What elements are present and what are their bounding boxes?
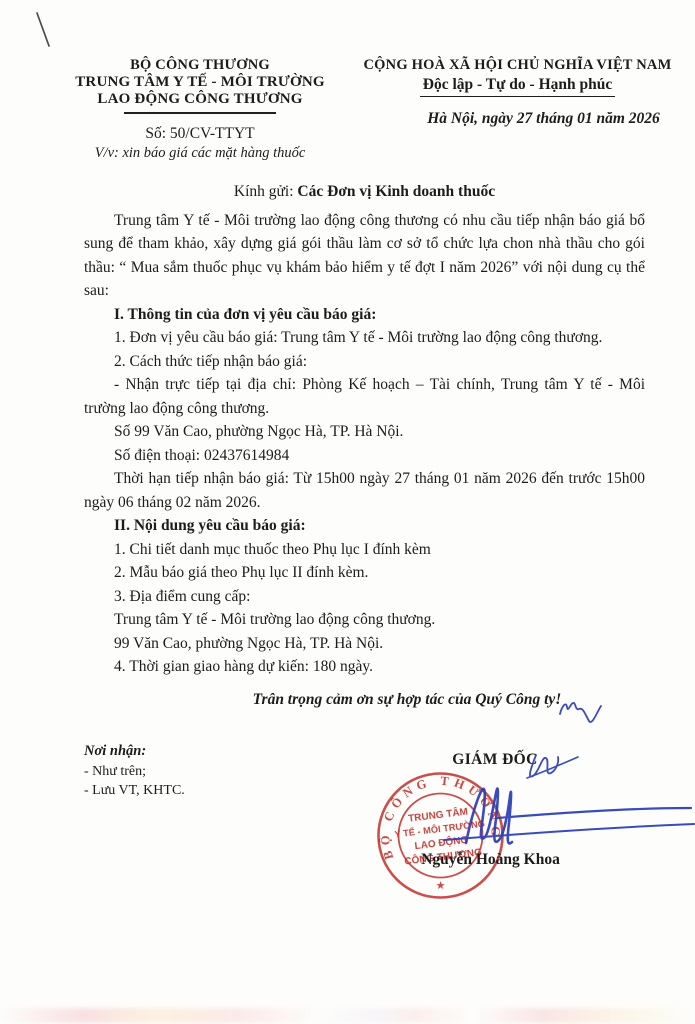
supply-location-line2: 99 Văn Cao, phường Ngọc Hà, TP. Hà Nội. (84, 632, 645, 656)
document-page: BỘ CÔNG THƯƠNG TRUNG TÂM Y TẾ - MÔI TRƯỜ… (0, 0, 695, 1024)
issuer-header: BỘ CÔNG THƯƠNG TRUNG TÂM Y TẾ - MÔI TRƯỜ… (55, 57, 345, 162)
document-body: Kính gửi: Các Đơn vị Kinh doanh thuốc Tr… (84, 180, 645, 711)
salutation-prefix: Kính gửi: (234, 183, 298, 200)
section-1-item-2: 2. Cách thức tiếp nhận báo giá: (84, 350, 645, 374)
section-2-item-4: 4. Thời gian giao hàng dự kiến: 180 ngày… (84, 655, 645, 679)
signature-flourish-upper (497, 808, 691, 818)
salutation: Kính gửi: Các Đơn vị Kinh doanh thuốc (84, 180, 645, 204)
recipients-line-1: - Như trên; (84, 762, 185, 782)
section-2-item-1: 1. Chi tiết danh mục thuốc theo Phụ lục … (84, 538, 645, 562)
page-bottom-bleed-through (0, 1008, 695, 1023)
recipients-block: Nơi nhận: - Như trên; - Lưu VT, KHTC. (84, 742, 185, 801)
section-2-heading: II. Nội dung yêu cầu báo giá: (84, 514, 645, 538)
supply-location-line1: Trung tâm Y tế - Môi trường lao động côn… (84, 608, 645, 632)
org-name-line1: TRUNG TÂM Y TẾ - MÔI TRƯỜNG (55, 74, 345, 91)
stamp-star: ★ (436, 880, 446, 892)
parent-org-name: BỘ CÔNG THƯƠNG (55, 57, 345, 74)
org-name-line2: LAO ĐỘNG CÔNG THƯƠNG (55, 91, 345, 108)
section-2-item-2: 2. Mẫu báo giá theo Phụ lục II đính kèm. (84, 561, 645, 585)
official-stamp-seal: BỘ CÔNG THƯƠNG ★ TRUNG TÂM Y TẾ - MÔI TR… (368, 763, 513, 908)
closing-line: Trân trọng cảm ơn sự hợp tác của Quý Côn… (84, 688, 645, 712)
date-line: Hà Nội, ngày 27 tháng 01 năm 2026 (350, 110, 685, 128)
national-motto: Độc lập - Tự do - Hạnh phúc (420, 75, 615, 97)
national-header: CỘNG HOÀ XÃ HỘI CHỦ NGHĨA VIỆT NAM Độc l… (350, 57, 685, 128)
document-subject: V/v: xin báo giá các mặt hàng thuốc (55, 145, 345, 162)
section-2-item-3: 3. Địa điểm cung cấp: (84, 585, 645, 609)
section-1-heading: I. Thông tin của đơn vị yêu cầu báo giá: (84, 303, 645, 327)
recipients-heading: Nơi nhận: (84, 742, 185, 762)
signer-name: Nguyễn Hoàng Khoa (388, 851, 593, 869)
issuer-address: Số 99 Văn Cao, phường Ngọc Hà, TP. Hà Nộ… (84, 420, 645, 444)
issuer-divider-line (124, 112, 276, 114)
recipients-line-2: - Lưu VT, KHTC. (84, 781, 185, 801)
staple-mark (37, 13, 49, 46)
quote-deadline: Thời hạn tiếp nhận báo giá: Từ 15h00 ngà… (84, 467, 645, 514)
section-1-item-1: 1. Đơn vị yêu cầu báo giá: Trung tâm Y t… (84, 326, 645, 350)
intro-paragraph: Trung tâm Y tế - Môi trường lao động côn… (84, 209, 645, 303)
national-title: CỘNG HOÀ XÃ HỘI CHỦ NGHĨA VIỆT NAM (350, 57, 685, 74)
document-number: Số: 50/CV-TTYT (55, 125, 345, 143)
salutation-recipient: Các Đơn vị Kinh doanh thuốc (297, 183, 495, 200)
section-1-item-2a: - Nhận trực tiếp tại địa chỉ: Phòng Kế h… (84, 373, 645, 420)
issuer-phone: Số điện thoại: 02437614984 (84, 444, 645, 468)
